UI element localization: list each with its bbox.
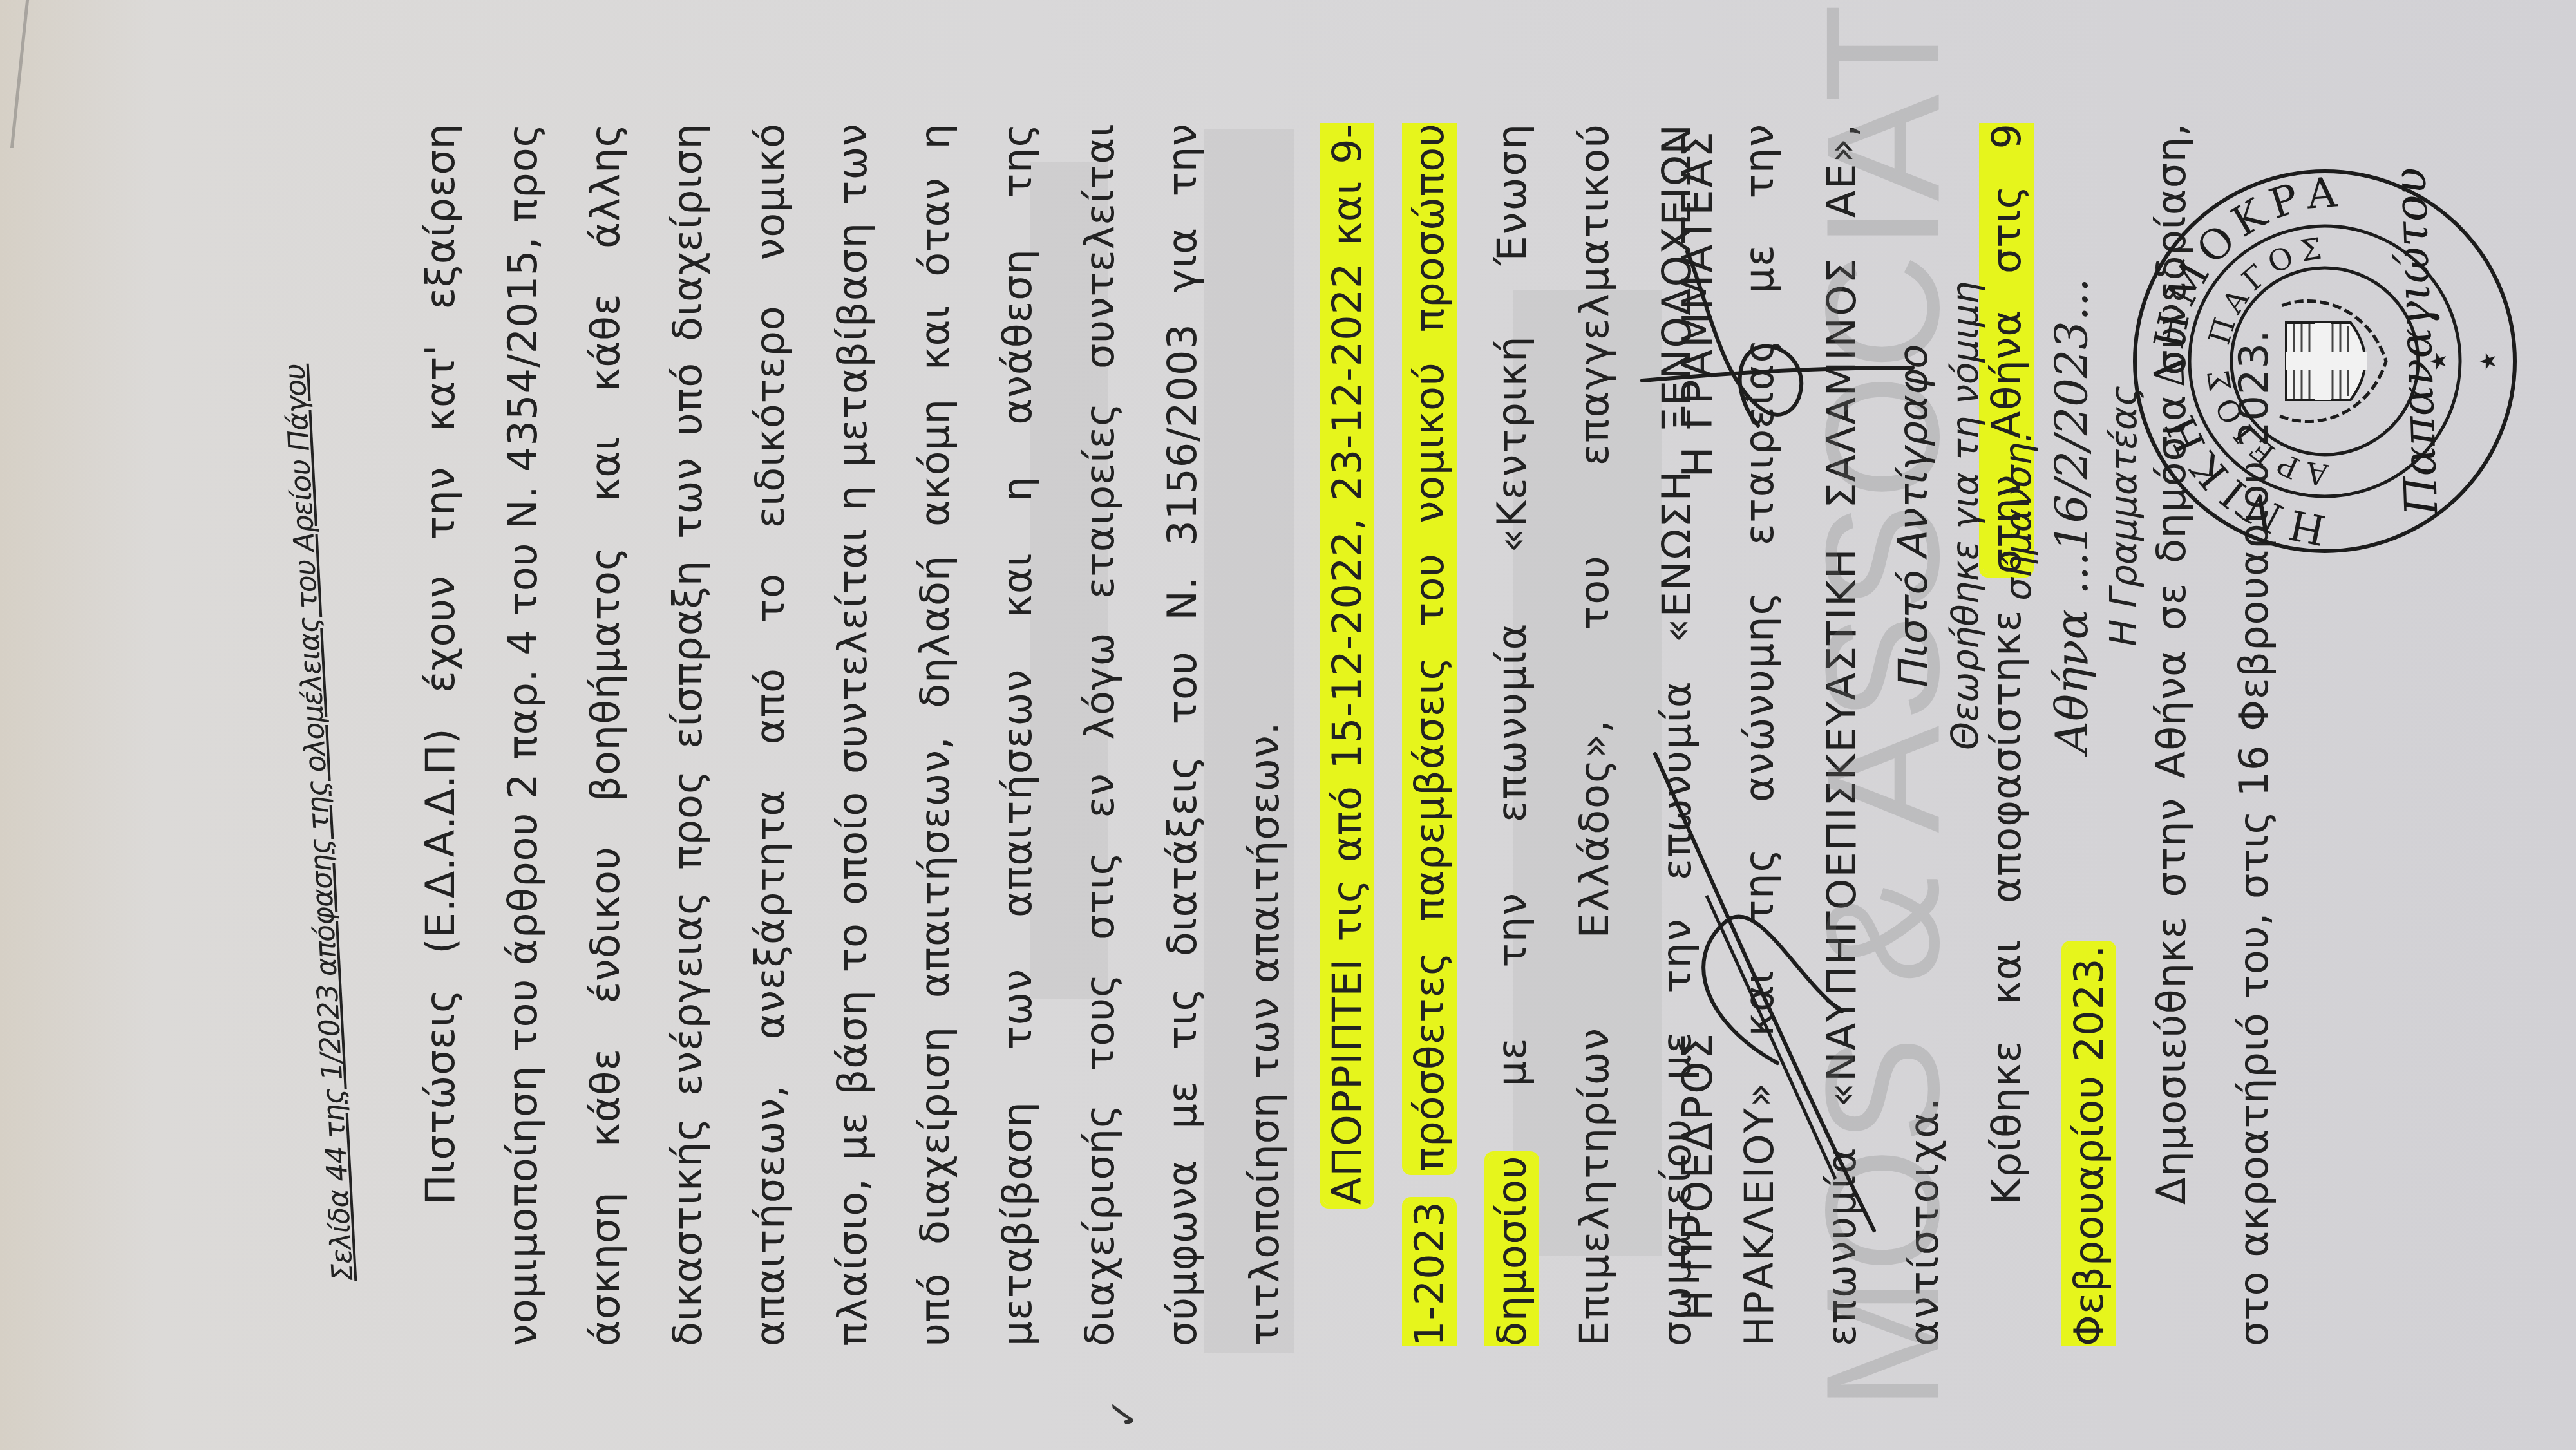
certified-copy-title: Πιστό Αντίγραφο xyxy=(1887,226,1940,805)
certified-copy-block: Πιστό Αντίγραφο Θεωρήθηκε για τη νόμιμη … xyxy=(1887,226,2151,805)
document-page: Σελίδα 44 της 1/2023 απόφασης της ολομέλ… xyxy=(97,1,2479,1449)
secretary-signature-icon xyxy=(1629,220,1926,464)
paper-fold-line xyxy=(10,0,29,148)
paragraph-credits-legitimation: Πιστώσεις (Ε.Δ.Α.Δ.Π) έχουν την κατ' εξα… xyxy=(399,123,1306,1346)
star-icon: ★ xyxy=(2476,352,2501,371)
margin-check-mark: ✓ xyxy=(1101,1398,1146,1430)
areios-pagos-stamp-icon: ΕΛΛΗΝΙΚΗ ΔΗΜΟΚΡΑΤΙΑ ΑΡΕΙΟΣ ΠΑΓΟΣ ★ ★ xyxy=(2125,162,2524,561)
photo-background: Σελίδα 44 της 1/2023 απόφασης της ολομέλ… xyxy=(0,0,2576,1450)
president-signature-icon xyxy=(1629,677,1900,1256)
page-header: Σελίδα 44 της 1/2023 απόφασης της ολομέλ… xyxy=(279,363,360,1282)
certified-place-date: Αθήνα ...16/2/2023... xyxy=(2045,226,2098,805)
certified-line-1: Θεωρήθηκε για τη νόμιμη xyxy=(1940,226,1993,805)
certified-line-2: σήμανση. xyxy=(1993,226,2045,805)
